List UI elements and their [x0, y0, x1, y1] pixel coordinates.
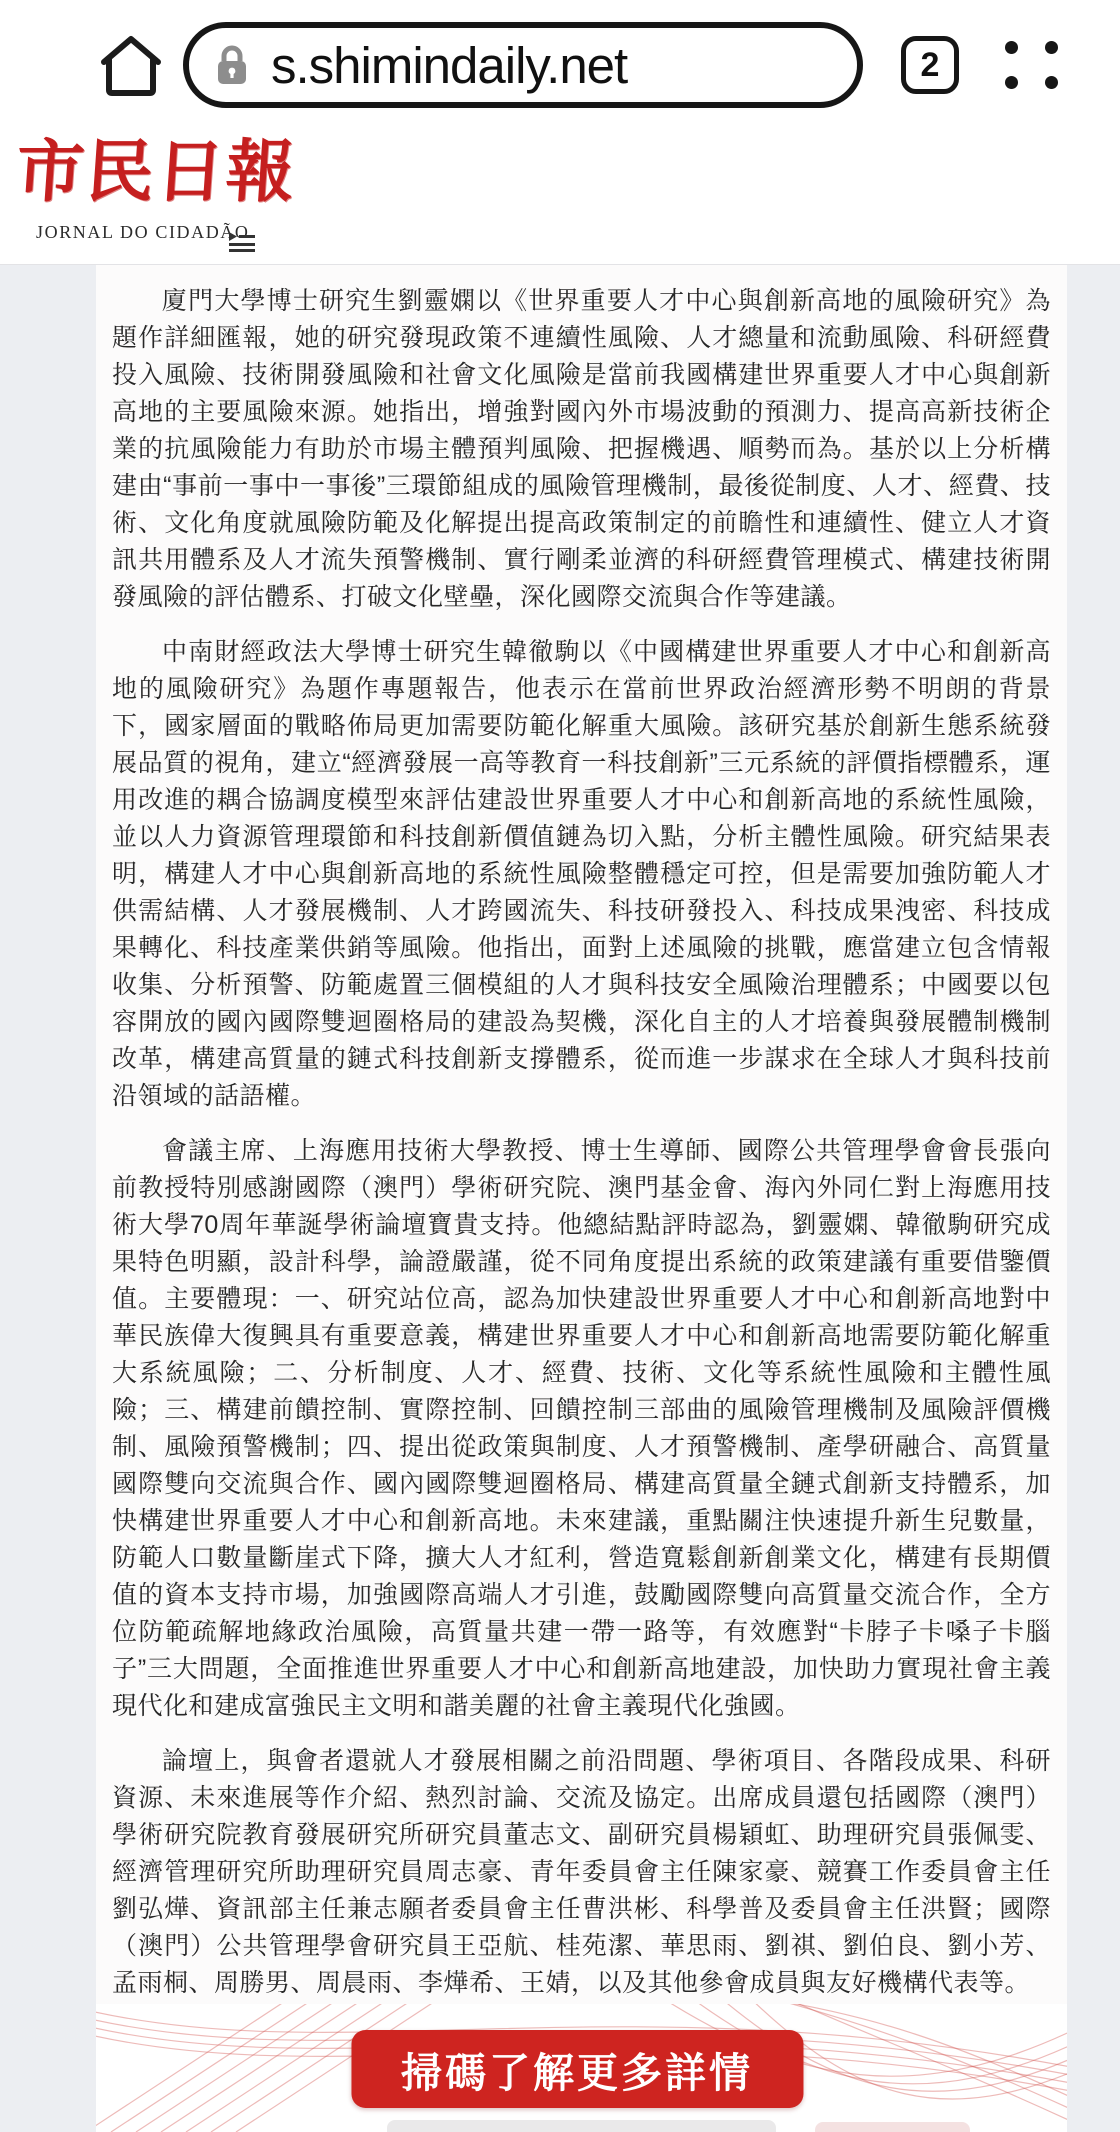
article-paragraph-1: 廈門大學博士研究生劉靈嫻以《世界重要人才中心與創新高地的風險研究》為題作詳細匯報… — [112, 283, 1051, 616]
tab-counter-button[interactable]: 2 — [901, 36, 959, 94]
lock-icon — [215, 44, 249, 86]
tab-count-label: 2 — [921, 46, 940, 85]
home-button[interactable] — [95, 30, 167, 100]
newspaper-logo[interactable]: 市民日報 — [13, 132, 299, 214]
scan-qr-button[interactable]: 掃碼了解更多詳情 — [351, 2030, 803, 2108]
url-bar[interactable]: s.shimindaily.net — [183, 22, 863, 108]
article-card: 廈門大學博士研究生劉靈嫻以《世界重要人才中心與創新高地的風險研究》為題作詳細匯報… — [96, 265, 1067, 2132]
next-image-edge — [815, 2122, 970, 2132]
toc-icon — [228, 228, 256, 254]
article-paragraph-2: 中南財經政法大學博士研究生韓徹駒以《中國構建世界重要人才中心和創新高地的風險研究… — [112, 634, 1051, 1115]
menu-dot — [1005, 76, 1018, 89]
menu-dot — [1045, 76, 1058, 89]
newspaper-subtitle: JORNAL DO CIDADÃO — [36, 222, 250, 243]
browser-toolbar: s.shimindaily.net 2 — [0, 0, 1120, 130]
menu-dot — [1045, 41, 1058, 54]
page-body: 廈門大學博士研究生劉靈嫻以《世界重要人才中心與創新高地的風險研究》為題作詳細匯報… — [0, 265, 1120, 2132]
article-paragraph-4: 論壇上，與會者還就人才發展相關之前沿問題、學術項目、各階段成果、科研資源、未來進… — [112, 1743, 1051, 2002]
menu-dot — [1005, 41, 1018, 54]
browser-window: s.shimindaily.net 2 市民日報 JORNAL DO CIDAD… — [0, 0, 1120, 2132]
next-image-edge — [387, 2120, 775, 2132]
masthead: 市民日報 JORNAL DO CIDADÃO — [0, 130, 1120, 265]
promo-banner: 掃碼了解更多詳情 — [96, 2004, 1067, 2132]
home-icon — [96, 32, 166, 98]
toc-menu-button[interactable] — [228, 228, 256, 254]
url-text: s.shimindaily.net — [271, 36, 627, 95]
browser-menu-button[interactable] — [1005, 41, 1058, 89]
article-paragraph-3: 會議主席、上海應用技術大學教授、博士生導師、國際公共管理學會會長張向前教授特別感… — [112, 1133, 1051, 1725]
